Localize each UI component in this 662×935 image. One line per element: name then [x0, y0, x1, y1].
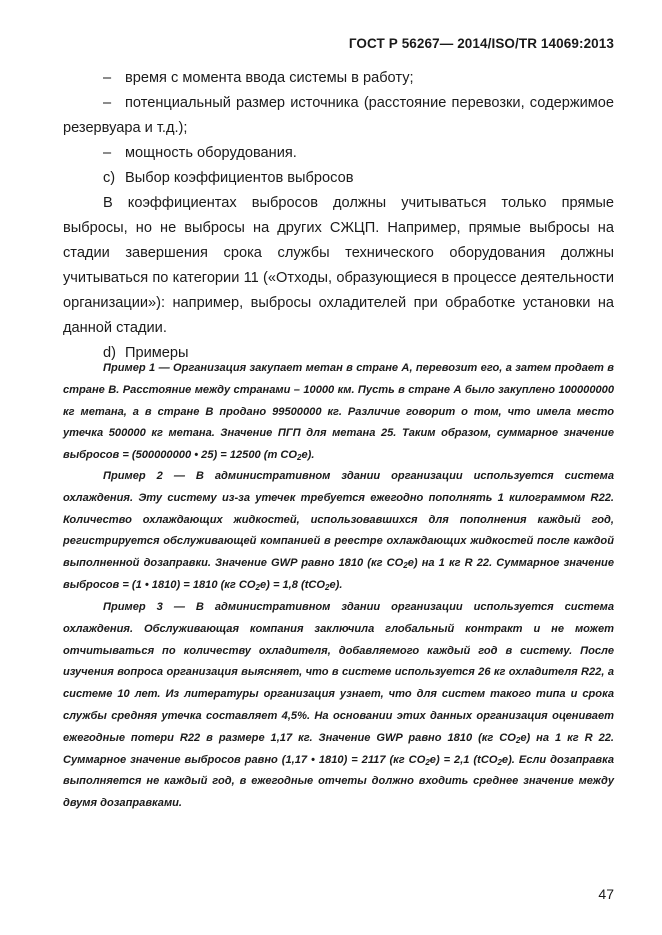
- example-3: Пример 3 — В административном здании орг…: [63, 597, 614, 815]
- example-text: e) = 1,8 (tCO: [260, 579, 325, 591]
- list-item-text: мощность оборудования.: [125, 145, 297, 161]
- example-text: e).: [330, 579, 343, 591]
- paragraph: В коэффициентах выбросов должны учитыват…: [63, 191, 614, 341]
- example-text: e).: [302, 449, 315, 461]
- document-header: ГОСТ Р 56267— 2014/ISO/TR 14069:2013: [349, 36, 614, 51]
- list-item: –время с момента ввода системы в работу;: [63, 66, 614, 91]
- list-item-text: время с момента ввода системы в работу;: [125, 70, 414, 86]
- example-text: Пример 2 — В административном здании орг…: [63, 470, 614, 569]
- dash-marker: –: [103, 91, 125, 116]
- example-text: e) = 2,1 (tCO: [430, 754, 498, 766]
- example-2: Пример 2 — В административном здании орг…: [63, 466, 614, 597]
- example-text: Пример 3 — В административном здании орг…: [63, 601, 614, 744]
- main-text: –время с момента ввода системы в работу;…: [63, 66, 614, 366]
- example-text: Пример 1 — Организация закупает метан в …: [63, 362, 614, 461]
- dash-marker: –: [103, 141, 125, 166]
- section-title: Выбор коэффициентов выбросов: [125, 170, 353, 186]
- section-marker: c): [103, 166, 125, 191]
- list-item: –потенциальный размер источника (расстоя…: [63, 91, 614, 141]
- list-item: –мощность оборудования.: [63, 141, 614, 166]
- list-item-text: потенциальный размер источника (расстоян…: [63, 95, 614, 136]
- section-c-heading: c)Выбор коэффициентов выбросов: [63, 166, 614, 191]
- example-1: Пример 1 — Организация закупает метан в …: [63, 358, 614, 467]
- page-number: 47: [598, 886, 614, 902]
- dash-marker: –: [103, 66, 125, 91]
